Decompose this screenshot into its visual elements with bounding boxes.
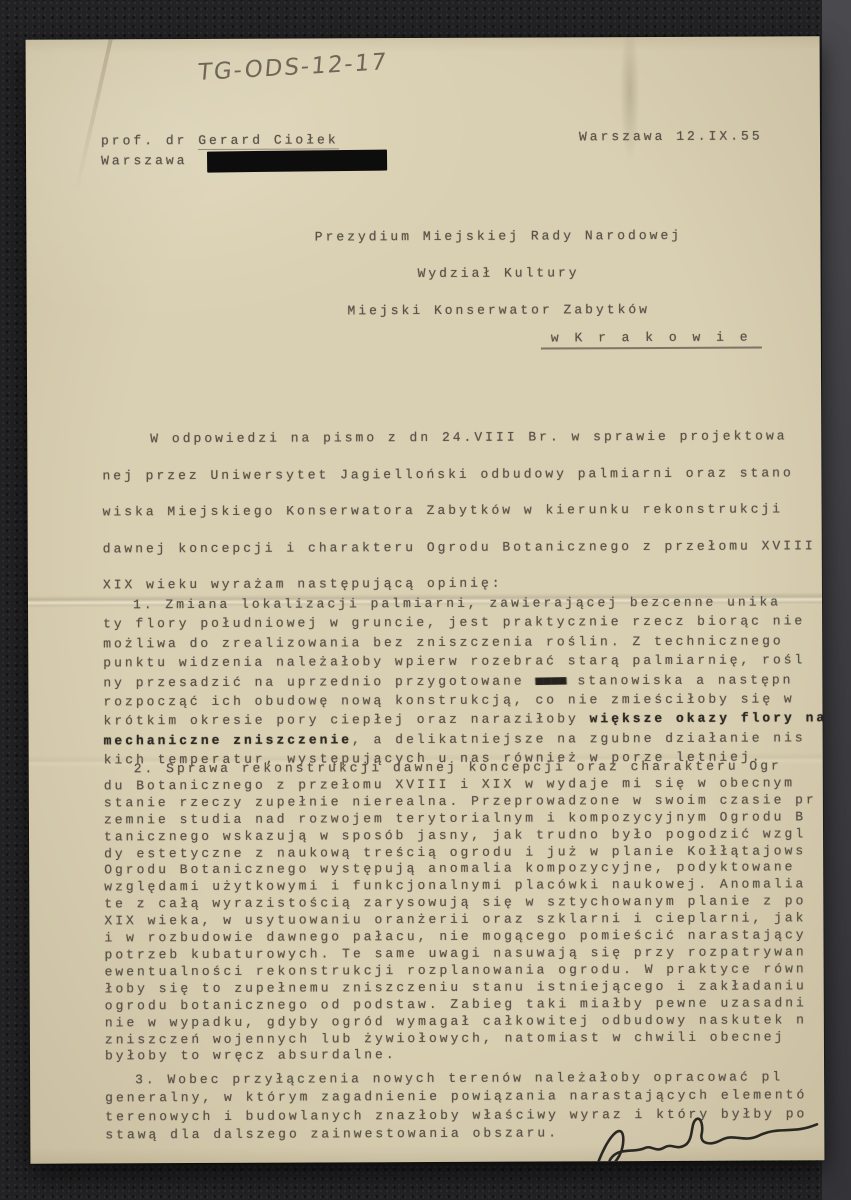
emphasized-text: większe okazy flory na [590, 711, 825, 727]
sender-title: prof. dr [101, 133, 198, 148]
sender-block: prof. dr Gerard Ciołek Warszawa [101, 130, 339, 171]
sender-city-line: Warszawa [101, 150, 339, 171]
recipient-block: Prezydium Miejskiej Rady Narodowej Wydzi… [178, 216, 818, 330]
sender-name: Gerard Ciołek [198, 132, 338, 150]
redaction-bar [207, 150, 387, 173]
background-mat-edge [822, 0, 851, 1200]
letter-page: TG-ODS-12-17 prof. dr Gerard Ciołek Wars… [26, 36, 825, 1163]
text-line: punktu widzenia należałoby wpierw rozebr… [103, 650, 824, 673]
archival-code-annotation: TG-ODS-12-17 [197, 49, 389, 86]
sender-name-line: prof. dr Gerard Ciołek [101, 130, 339, 151]
scanned-letter-photo: TG-ODS-12-17 prof. dr Gerard Ciołek Wars… [0, 0, 851, 1200]
opening-paragraph: W odpowiedzi na pismo z dn 24.VIII Br. w… [102, 418, 824, 604]
paragraph-1: 1. Zmiana lokalizacji palmiarni, zawiera… [103, 592, 824, 770]
sender-city: Warszawa [101, 153, 187, 168]
struck-out-word: ████ [535, 676, 567, 686]
recipient-city-line: w K r a k o w i e [541, 330, 762, 350]
date-line: Warszawa 12.IX.55 [579, 129, 763, 145]
emphasized-text: mechaniczne zniszczenie [104, 732, 353, 748]
paragraph-2: 2. Sprawa rekonstrukcji dawnej koncepcji… [104, 758, 825, 1066]
